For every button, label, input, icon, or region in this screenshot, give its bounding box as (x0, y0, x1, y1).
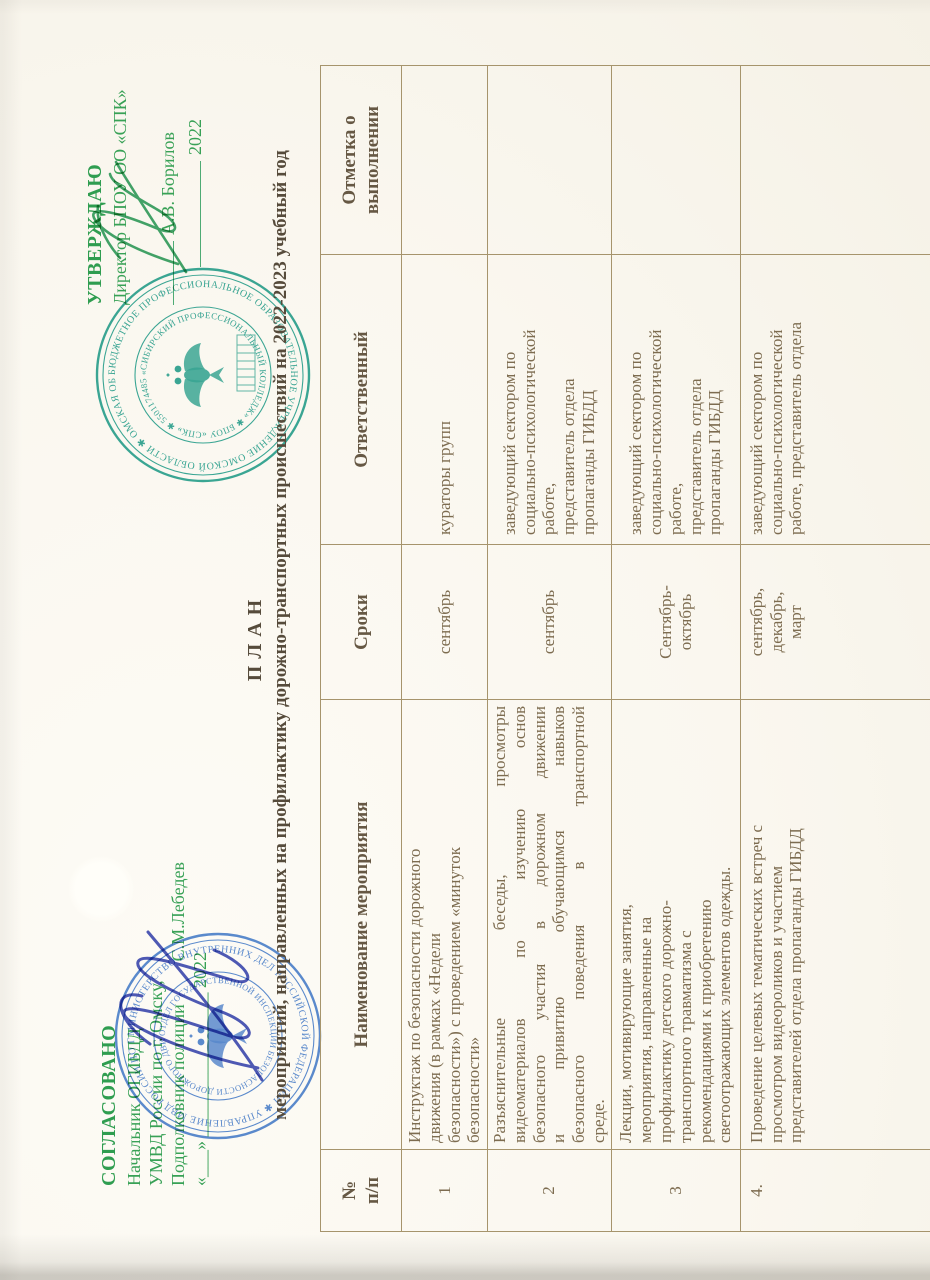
activity-name: Лекции, мотивирующие занятия, мероприяти… (611, 700, 740, 1150)
row-number: 4. (740, 1150, 930, 1232)
activity-name: Проведение целевых тематических встреч с… (740, 700, 930, 1150)
activity-responsible: заведующий сектором по социально-психоло… (488, 255, 612, 545)
completion-mark (611, 66, 740, 255)
scanned-document: СОГЛАСОВАНО Начальник ОГИБДД УМВД России… (0, 0, 930, 1280)
police-chief-signature (121, 932, 262, 1080)
table-row: 3 Лекции, мотивирующие занятия, мероприя… (611, 66, 740, 1232)
col-header-name: Наименование мероприятия (321, 700, 402, 1150)
document-page: СОГЛАСОВАНО Начальник ОГИБДД УМВД России… (0, 0, 930, 1280)
row-number: 1 (402, 1150, 488, 1232)
completion-mark (740, 66, 930, 255)
row-number: 2 (488, 1150, 612, 1232)
col-header-mark: Отметка о выполнении (321, 66, 402, 255)
col-header-num: № п/п (321, 1150, 402, 1232)
table-row: 2 Разъяснительные беседы, просмотры виде… (488, 66, 612, 1232)
activity-name: Разъяснительные беседы, просмотры видеом… (488, 700, 612, 1150)
document-subtitle: мероприятий, направленных на профилактик… (270, 40, 292, 1230)
activity-term: сентябрь (402, 545, 488, 700)
activity-responsible: заведующий сектором по социально-психоло… (611, 255, 740, 545)
activity-term: Сентябрь- октябрь (611, 545, 740, 700)
activity-name: Инструктаж по безопасности дорожного дви… (402, 700, 488, 1150)
table-header-row: № п/п Наименование мероприятия Сроки Отв… (321, 66, 402, 1232)
col-header-resp: Ответственный (321, 255, 402, 545)
table-row: 4. Проведение целевых тематических встре… (740, 66, 930, 1232)
completion-mark (488, 66, 612, 255)
activity-term: сентябрь, декабрь, март (740, 545, 930, 700)
activity-responsible: заведующий сектором по социально-психоло… (740, 255, 930, 545)
table-row: 1 Инструктаж по безопасности дорожного д… (402, 66, 488, 1232)
completion-mark (402, 66, 488, 255)
row-number: 3 (611, 1150, 740, 1232)
activity-responsible: кураторы групп (402, 255, 488, 545)
director-signature (93, 162, 186, 272)
activity-term: сентябрь (488, 545, 612, 700)
col-header-term: Сроки (321, 545, 402, 700)
document-title: П Л А Н (244, 0, 267, 1280)
plan-table: № п/п Наименование мероприятия Сроки Отв… (320, 65, 930, 1232)
